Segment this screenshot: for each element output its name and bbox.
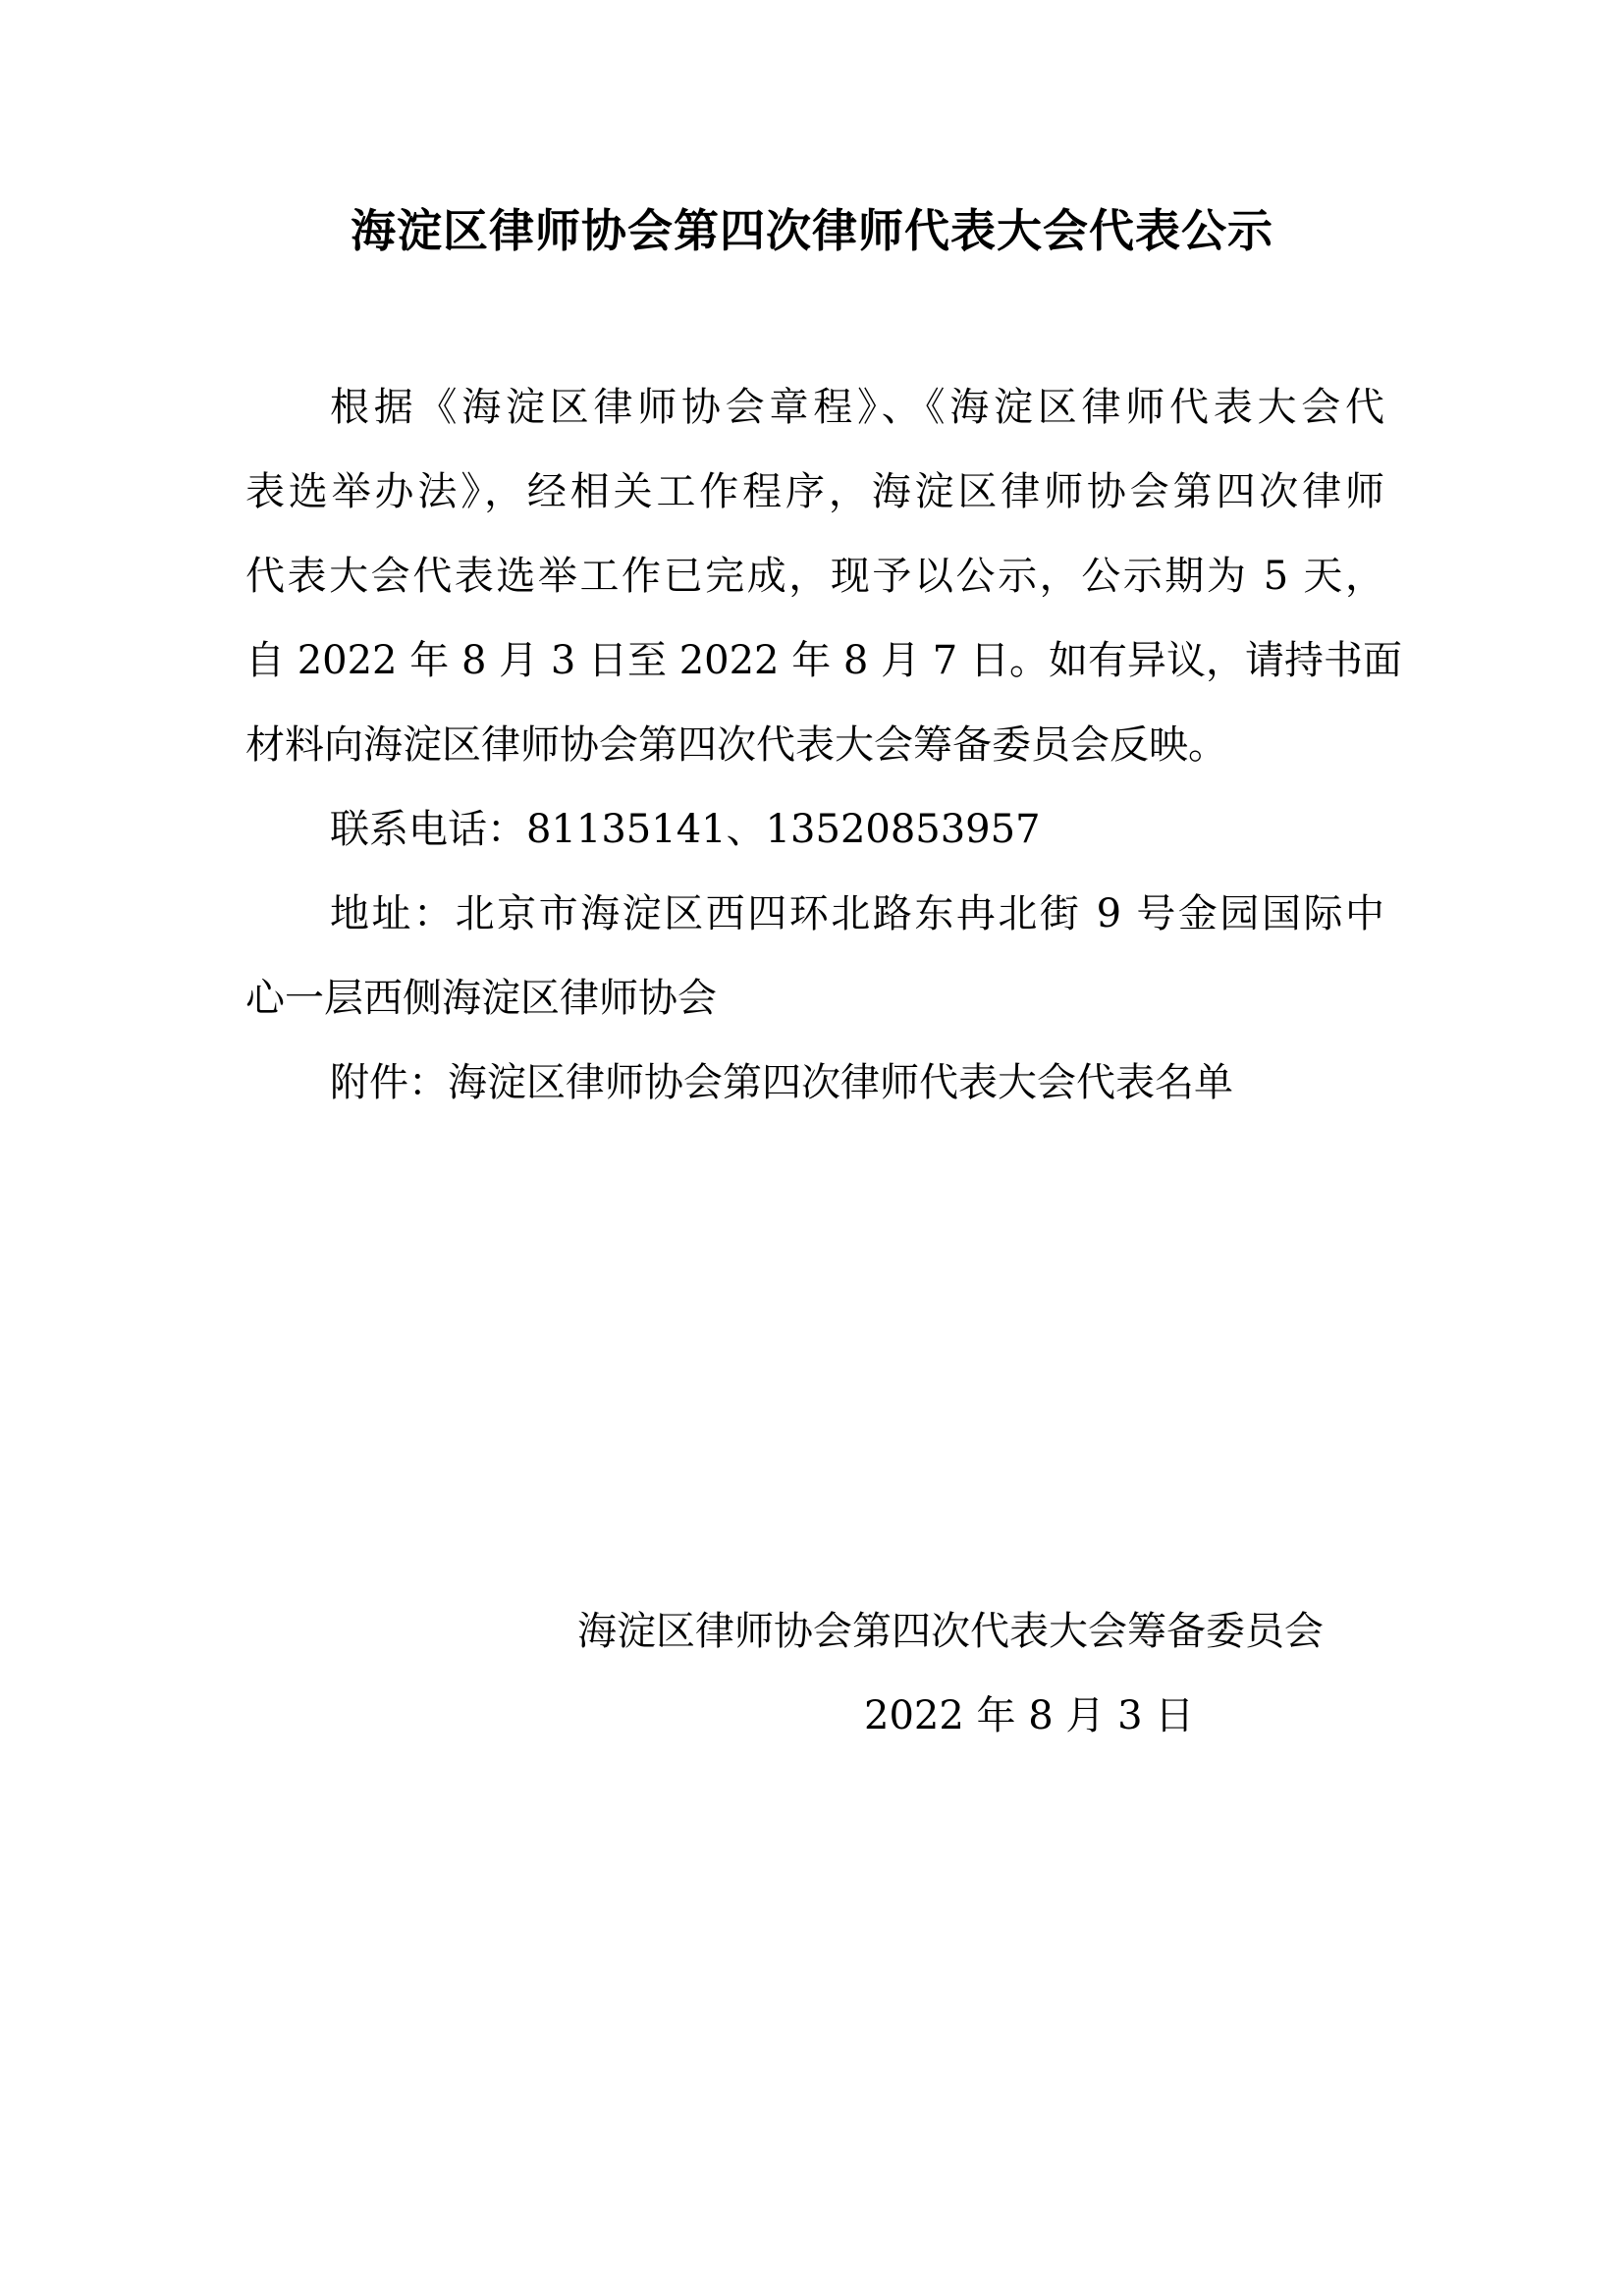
- attachment-note: 附件：海淀区律师协会第四次律师代表大会代表名单: [330, 1053, 1384, 1112]
- signature-organization: 海淀区律师协会第四次代表大会筹备委员会: [577, 1602, 1324, 1661]
- body-paragraph-line-2: 表选举办法》，经相关工作程序，海淀区律师协会第四次律师: [245, 462, 1384, 521]
- signature-date: 2022 年 8 月 3 日: [864, 1686, 1194, 1745]
- contact-phone: 联系电话：81135141、13520853957: [330, 800, 1384, 859]
- address-line-2: 心一层西侧海淀区律师协会: [245, 969, 1384, 1028]
- body-paragraph-line-1: 根据《海淀区律师协会章程》、《海淀区律师代表大会代: [330, 378, 1384, 437]
- body-paragraph-line-4: 自 2022 年 8 月 3 日至 2022 年 8 月 7 日。如有异议，请持…: [245, 631, 1384, 690]
- document-title: 海淀区律师协会第四次律师代表大会代表公示: [0, 201, 1624, 260]
- address-line-1: 地址：北京市海淀区西四环北路东冉北街 9 号金园国际中: [330, 884, 1384, 943]
- body-paragraph-line-3: 代表大会代表选举工作已完成，现予以公示，公示期为 5 天，: [245, 547, 1384, 606]
- body-paragraph-line-5: 材料向海淀区律师协会第四次代表大会筹备委员会反映。: [245, 716, 1384, 774]
